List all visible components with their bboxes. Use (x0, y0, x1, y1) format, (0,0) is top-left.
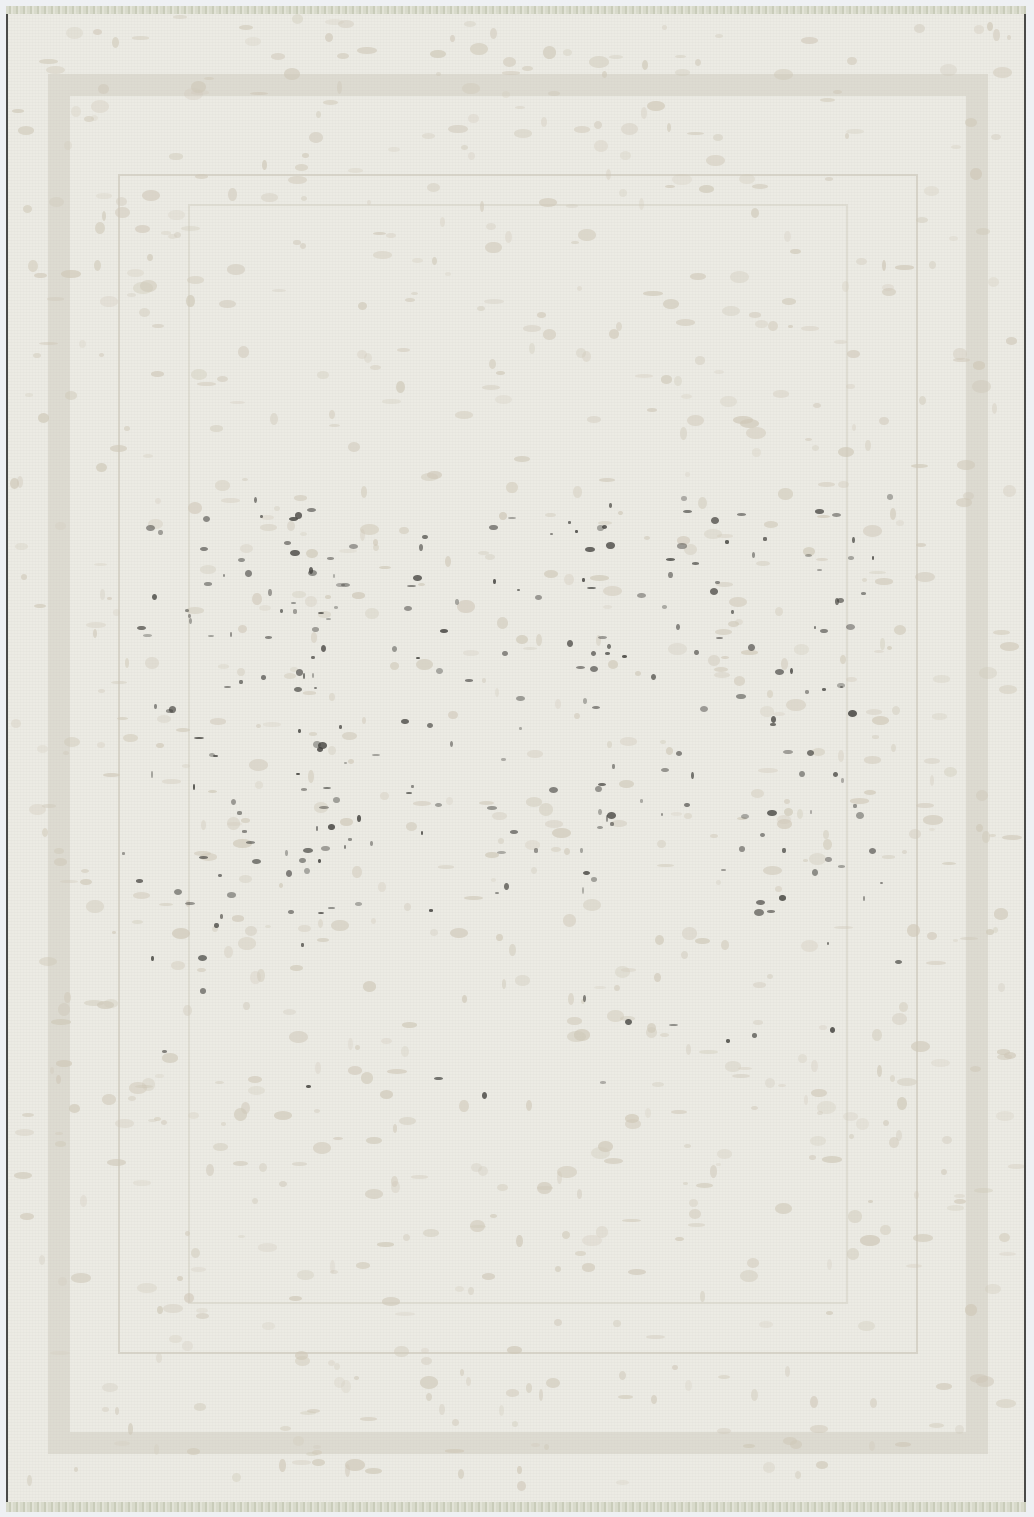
pattern-motif (811, 1060, 818, 1072)
distressed-dark-motif (600, 1081, 606, 1083)
pattern-motif (834, 340, 847, 344)
distressed-dark-motif (293, 609, 297, 613)
pattern-motif (154, 1117, 161, 1121)
pattern-motif (129, 1082, 148, 1094)
distressed-dark-motif (582, 578, 584, 582)
pattern-motif (96, 193, 112, 199)
pattern-motif (100, 589, 105, 599)
pattern-motif (313, 1142, 331, 1154)
pattern-motif (191, 369, 207, 380)
pattern-motif (621, 123, 638, 135)
distressed-dark-motif (261, 675, 266, 680)
pattern-motif (305, 596, 317, 607)
pattern-motif (842, 281, 849, 292)
distressed-dark-motif (489, 525, 498, 530)
pattern-motif (611, 820, 626, 827)
pattern-motif (992, 403, 997, 414)
pattern-motif (250, 971, 260, 983)
pattern-motif (753, 982, 766, 987)
pattern-motif (17, 476, 23, 488)
pattern-motif (255, 781, 264, 789)
pattern-motif (689, 1209, 701, 1219)
distressed-dark-motif (436, 668, 443, 674)
pattern-motif (739, 174, 755, 185)
pattern-motif (370, 365, 381, 370)
pattern-motif (416, 659, 433, 670)
pattern-motif (775, 1203, 792, 1214)
pattern-motif (446, 797, 453, 805)
pattern-motif (27, 1475, 31, 1486)
pattern-motif (426, 1393, 432, 1400)
pattern-motif (484, 299, 504, 304)
pattern-motif (169, 1335, 181, 1343)
pattern-motif (625, 1119, 641, 1129)
pattern-motif (329, 693, 335, 700)
pattern-motif (313, 1445, 321, 1449)
distressed-dark-motif (404, 606, 412, 611)
pattern-motif (115, 1119, 134, 1128)
pattern-motif (833, 90, 842, 94)
distressed-dark-motif (736, 694, 746, 699)
pattern-motif (798, 1054, 806, 1063)
pattern-motif (942, 862, 956, 865)
pattern-motif (348, 442, 359, 452)
pattern-motif (181, 226, 199, 231)
pattern-motif (574, 1029, 591, 1040)
distressed-dark-motif (465, 679, 472, 682)
pattern-motif (543, 46, 557, 59)
pattern-motif (365, 1468, 382, 1475)
distressed-dark-motif (285, 850, 287, 856)
distressed-dark-motif (880, 882, 883, 885)
pattern-motif (996, 1399, 1016, 1408)
pattern-motif (671, 812, 682, 815)
pattern-motif (503, 57, 516, 67)
distressed-dark-motif (339, 725, 342, 729)
pattern-motif (970, 1374, 989, 1383)
pattern-motif (619, 1371, 626, 1380)
pattern-motif (526, 1383, 532, 1392)
distressed-dark-motif (856, 812, 864, 819)
pattern-motif (381, 1038, 392, 1044)
pattern-motif (864, 790, 876, 795)
pattern-motif (708, 655, 720, 666)
pattern-motif (157, 1306, 163, 1315)
pattern-motif (450, 928, 468, 938)
pattern-motif (348, 1066, 362, 1075)
pattern-motif (418, 583, 425, 586)
distressed-dark-motif (254, 497, 257, 503)
pattern-motif (897, 1097, 907, 1110)
pattern-motif (929, 261, 936, 269)
pattern-motif (973, 361, 985, 369)
pattern-motif (864, 756, 881, 763)
distressed-dark-motif (158, 530, 162, 535)
pattern-motif (539, 803, 553, 816)
distressed-dark-motif (370, 841, 373, 846)
distressed-dark-motif (852, 537, 855, 544)
pattern-motif (778, 488, 793, 499)
pattern-motif (323, 100, 338, 105)
pattern-motif (714, 370, 724, 374)
pattern-motif (232, 915, 245, 921)
distressed-dark-motif (725, 540, 730, 544)
pattern-motif (965, 1304, 978, 1316)
pattern-motif (573, 486, 583, 498)
pattern-motif (20, 1213, 34, 1221)
pattern-motif (14, 1172, 32, 1179)
pattern-motif (548, 91, 559, 96)
distressed-dark-motif (318, 859, 321, 863)
pattern-motif (352, 592, 365, 598)
pattern-motif (618, 511, 623, 515)
pattern-motif (294, 495, 307, 500)
pattern-motif (765, 1078, 775, 1088)
distressed-dark-motif (591, 877, 598, 882)
pattern-motif (998, 983, 1004, 993)
distressed-dark-motif (606, 542, 615, 549)
pattern-motif (303, 691, 316, 694)
pattern-motif (288, 176, 307, 184)
pattern-motif (334, 1377, 345, 1388)
pattern-motif (39, 59, 58, 64)
pattern-motif (54, 858, 66, 866)
pattern-motif (399, 527, 408, 534)
pattern-motif (940, 64, 957, 77)
pattern-motif (228, 188, 236, 201)
pattern-motif (507, 1346, 522, 1354)
rug (6, 14, 1026, 1504)
pattern-motif (460, 1369, 464, 1375)
pattern-motif (300, 1411, 316, 1415)
pattern-motif (39, 957, 57, 966)
distressed-dark-motif (227, 892, 236, 898)
pattern-motif (186, 295, 194, 307)
distressed-dark-motif (328, 824, 335, 829)
pattern-motif (825, 177, 834, 181)
pattern-motif (526, 1100, 532, 1112)
pattern-motif (782, 298, 796, 305)
pattern-motif (42, 804, 56, 808)
pattern-motif (717, 1149, 733, 1159)
pattern-motif (423, 1229, 438, 1237)
pattern-motif (932, 713, 947, 719)
distressed-dark-motif (668, 572, 672, 579)
pattern-motif (620, 151, 631, 160)
pattern-motif (219, 300, 236, 308)
distressed-dark-motif (790, 668, 793, 675)
pattern-motif (544, 570, 558, 578)
pattern-motif (311, 632, 317, 642)
distressed-dark-motif (835, 598, 839, 605)
pattern-motif (461, 145, 468, 150)
pattern-motif (114, 1441, 130, 1446)
pattern-motif (985, 1284, 1001, 1294)
distressed-dark-motif (810, 810, 813, 814)
pattern-motif (295, 1356, 310, 1366)
pattern-motif (979, 667, 996, 679)
pattern-motif (846, 384, 854, 390)
pattern-motif (98, 84, 109, 94)
pattern-motif (162, 1053, 177, 1063)
distressed-dark-motif (661, 768, 668, 772)
pattern-motif (684, 813, 692, 818)
pattern-motif (380, 1090, 393, 1099)
pattern-motif (578, 229, 595, 241)
pattern-motif (515, 975, 530, 985)
pattern-motif (155, 498, 161, 504)
distressed-dark-motif (407, 585, 416, 587)
pattern-motif (594, 121, 602, 129)
pattern-motif (894, 625, 906, 635)
pattern-motif (430, 50, 445, 58)
pattern-motif (862, 578, 867, 582)
pattern-motif (330, 1260, 335, 1272)
pattern-motif (489, 359, 496, 369)
pattern-motif (982, 831, 990, 842)
distressed-dark-motif (677, 543, 686, 548)
distressed-dark-motif (567, 640, 573, 647)
pattern-motif (563, 49, 572, 56)
pattern-motif (717, 534, 733, 538)
distressed-dark-motif (598, 809, 602, 815)
distressed-dark-motif (731, 610, 734, 614)
pattern-motif (887, 646, 892, 650)
pattern-motif (100, 296, 118, 307)
pattern-motif (39, 1255, 46, 1265)
pattern-motif (947, 1205, 963, 1211)
pattern-motif (457, 600, 474, 613)
distressed-dark-motif (739, 846, 745, 851)
pattern-motif (314, 1109, 320, 1113)
pattern-motif (715, 34, 723, 38)
pattern-motif (647, 1023, 656, 1033)
pattern-motif (238, 346, 249, 358)
pattern-motif (741, 650, 757, 655)
pattern-motif (448, 711, 457, 719)
pattern-motif (866, 709, 882, 715)
pattern-motif (218, 664, 230, 669)
pattern-motif (743, 1444, 755, 1448)
pattern-motif (382, 1297, 400, 1305)
pattern-motif (421, 1357, 432, 1365)
pattern-motif (492, 812, 507, 820)
pattern-motif (616, 1480, 628, 1485)
pattern-motif (478, 1166, 488, 1176)
pattern-motif (642, 60, 648, 70)
pattern-motif (102, 1383, 118, 1393)
pattern-motif (563, 914, 576, 927)
pattern-motif (357, 350, 367, 359)
pattern-motif (348, 168, 363, 173)
pattern-motif (37, 745, 48, 753)
pattern-motif (614, 985, 620, 991)
distressed-dark-motif (580, 848, 583, 853)
pattern-motif (156, 1353, 162, 1363)
distressed-dark-motif (853, 804, 856, 808)
pattern-motif (571, 241, 578, 244)
distressed-dark-motif (767, 810, 776, 816)
pattern-motif (470, 1220, 485, 1232)
pattern-motif (297, 1270, 315, 1280)
pattern-motif (232, 1473, 241, 1482)
pattern-motif (568, 993, 574, 1005)
pattern-motif (654, 973, 660, 982)
distressed-dark-motif (348, 838, 351, 840)
pattern-motif (717, 1428, 731, 1434)
distressed-dark-motif (242, 830, 247, 832)
pattern-motif (915, 572, 935, 582)
pattern-motif (325, 19, 344, 25)
pattern-motif (953, 348, 966, 360)
pattern-motif (896, 520, 904, 525)
distressed-dark-motif (290, 550, 299, 556)
pattern-motif (11, 719, 21, 728)
pattern-motif (933, 675, 951, 682)
distressed-dark-motif (591, 651, 596, 656)
pattern-motif (555, 1266, 561, 1271)
pattern-motif (785, 1366, 790, 1377)
distressed-dark-motif (411, 785, 413, 789)
pattern-motif (751, 789, 763, 798)
pattern-motif (700, 1291, 704, 1302)
pattern-motif (71, 1273, 91, 1282)
pattern-motif (767, 690, 774, 698)
pattern-motif (107, 597, 112, 600)
pattern-motif (643, 291, 662, 296)
pattern-motif (459, 1100, 468, 1112)
pattern-motif (440, 217, 445, 226)
pattern-motif (405, 298, 416, 302)
pattern-motif (55, 1132, 64, 1135)
distressed-dark-motif (495, 892, 499, 894)
pattern-motif (221, 1122, 226, 1126)
distressed-dark-motif (357, 815, 361, 821)
distressed-dark-motif (575, 530, 577, 533)
distressed-dark-motif (610, 822, 613, 826)
pattern-motif (387, 1069, 407, 1074)
distressed-dark-motif (607, 812, 616, 819)
pattern-motif (628, 1269, 646, 1275)
pattern-motif (907, 924, 920, 937)
pattern-motif (337, 53, 348, 59)
pattern-motif (847, 1248, 859, 1260)
distressed-dark-motif (151, 956, 154, 961)
pattern-motif (682, 927, 697, 939)
pattern-motif (201, 820, 206, 829)
distressed-dark-motif (587, 587, 596, 589)
pattern-motif (171, 961, 185, 970)
pattern-motif (378, 882, 385, 891)
pattern-motif (79, 340, 85, 348)
distressed-dark-motif (326, 618, 331, 620)
distressed-dark-motif (848, 710, 857, 717)
pattern-motif (263, 722, 281, 727)
pattern-motif (185, 1231, 190, 1236)
pattern-motif (420, 1376, 438, 1389)
pattern-motif (790, 249, 801, 255)
pattern-motif (249, 759, 268, 771)
pattern-motif (536, 634, 542, 646)
pattern-motif (822, 1156, 842, 1162)
pattern-motif (312, 1450, 322, 1455)
pattern-motif (54, 848, 63, 854)
distressed-dark-motif (605, 652, 609, 655)
distressed-dark-motif (662, 605, 667, 609)
pattern-motif (402, 1022, 418, 1028)
pattern-motif (823, 839, 832, 850)
distressed-dark-motif (661, 813, 663, 816)
pattern-motif (356, 1262, 370, 1268)
pattern-motif (763, 1462, 775, 1473)
pattern-motif (208, 790, 217, 793)
pattern-motif (183, 1005, 192, 1016)
pattern-motif (468, 114, 478, 123)
pattern-motif (261, 193, 277, 202)
pattern-motif (874, 650, 884, 653)
distressed-dark-motif (756, 900, 765, 905)
distressed-dark-motif (684, 803, 690, 807)
pattern-motif (354, 1376, 359, 1379)
pattern-motif (23, 205, 32, 213)
pattern-motif (647, 408, 657, 412)
pattern-motif (954, 1194, 965, 1198)
pattern-motif (552, 828, 571, 838)
pattern-motif (840, 655, 845, 665)
distressed-dark-motif (861, 592, 866, 595)
pattern-motif (63, 751, 69, 755)
distressed-dark-motif (848, 556, 854, 559)
pattern-motif (574, 126, 590, 133)
pattern-motif (916, 217, 928, 223)
pattern-motif (850, 798, 869, 803)
pattern-motif (666, 747, 673, 754)
distressed-dark-motif (825, 857, 832, 863)
distressed-dark-motif (231, 799, 236, 805)
pattern-motif (516, 1235, 523, 1247)
pattern-motif (699, 1050, 718, 1054)
pattern-motif (363, 981, 376, 992)
pattern-motif (539, 198, 557, 207)
pattern-motif (463, 650, 480, 656)
pattern-motif (872, 735, 880, 738)
distressed-dark-motif (349, 544, 358, 549)
distressed-dark-motif (246, 841, 255, 844)
pattern-motif (823, 830, 828, 839)
pattern-motif (237, 668, 244, 676)
pattern-motif (956, 498, 971, 507)
distressed-dark-motif (154, 704, 157, 709)
pattern-motif (965, 118, 977, 127)
pattern-motif (531, 867, 537, 874)
pattern-motif (80, 1195, 87, 1207)
distressed-dark-motif (214, 923, 219, 927)
distressed-dark-motif (321, 645, 326, 652)
pattern-motif (1007, 35, 1011, 40)
pattern-motif (86, 622, 105, 628)
pattern-motif (778, 1084, 786, 1087)
pattern-motif (217, 376, 228, 382)
pattern-motif (365, 608, 380, 620)
pattern-motif (809, 1155, 816, 1159)
distressed-dark-motif (676, 624, 680, 630)
pattern-motif (411, 292, 417, 295)
pattern-motif (759, 1321, 773, 1328)
pattern-motif (892, 706, 900, 715)
pattern-motif (50, 1351, 70, 1356)
pattern-motif (328, 746, 336, 756)
pattern-motif (527, 750, 543, 758)
